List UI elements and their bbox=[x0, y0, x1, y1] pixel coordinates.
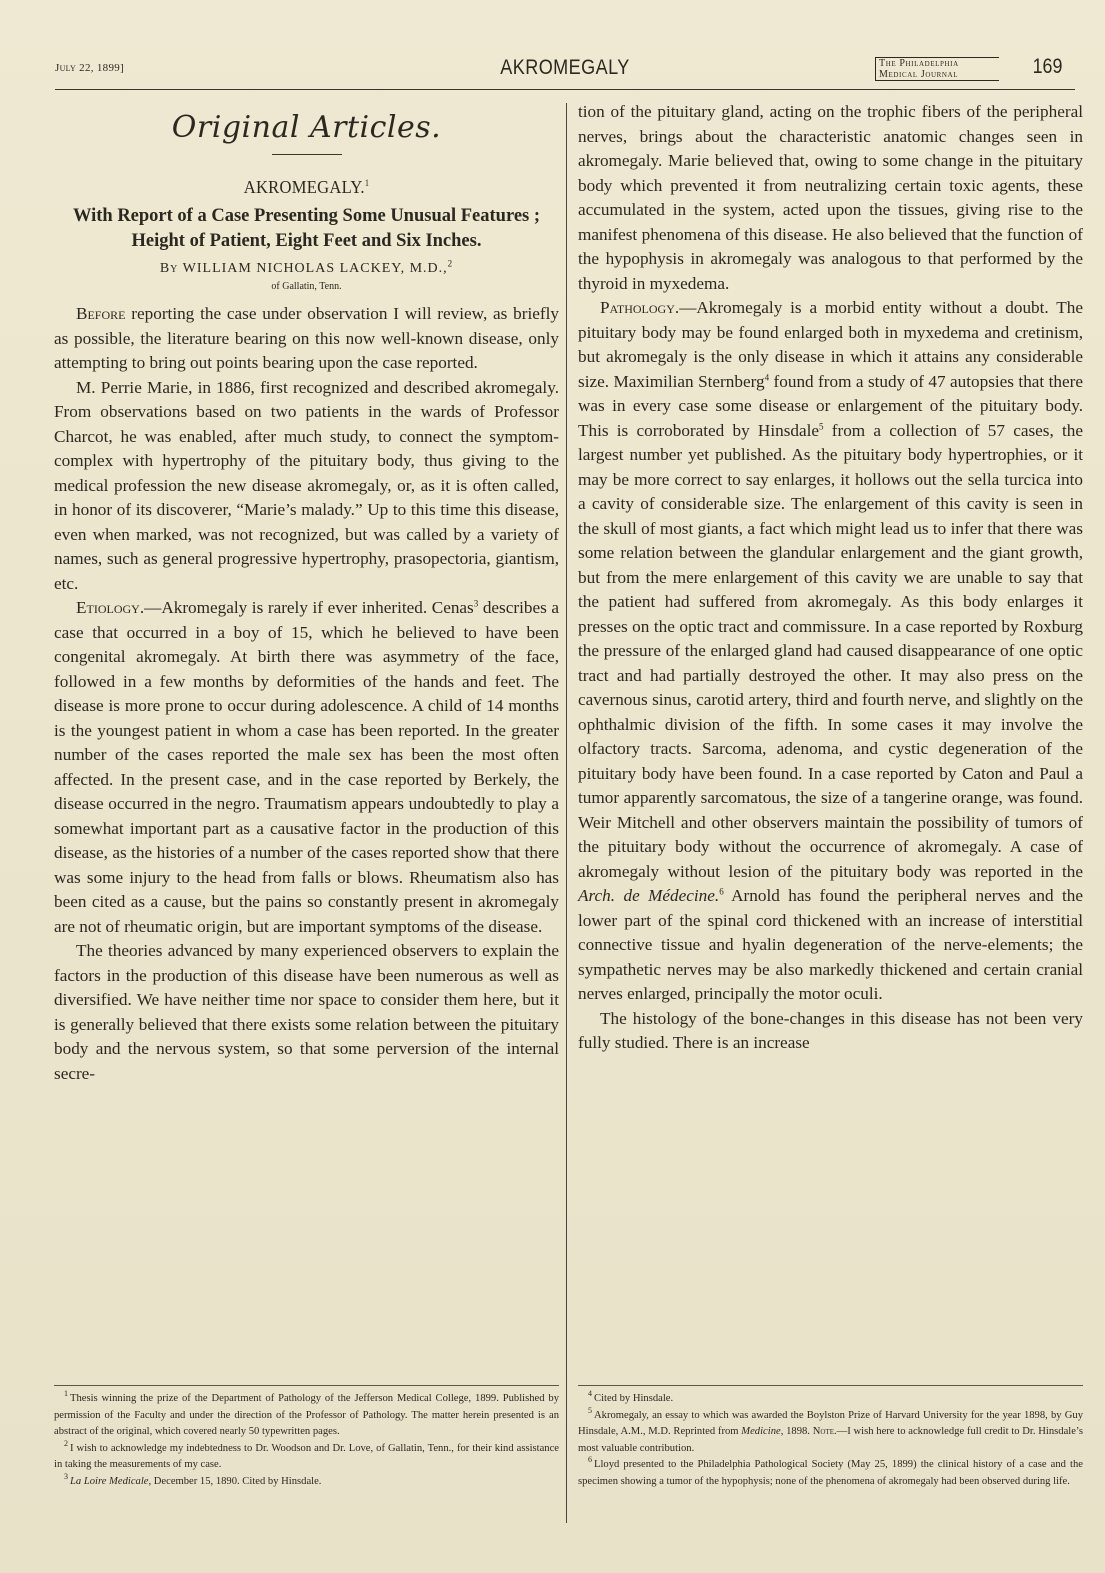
byline: By WILLIAM NICHOLAS LACKEY, M.D.,2 bbox=[54, 261, 559, 277]
running-header: July 22, 1899] AKROMEGALY The Philadelph… bbox=[55, 52, 1075, 86]
right-column: tion of the pituitary gland, acting on t… bbox=[578, 100, 1083, 1056]
footnote-rule bbox=[54, 1385, 559, 1386]
author-name: WILLIAM NICHOLAS LACKEY, M.D., bbox=[183, 261, 448, 276]
article-subtitle: With Report of a Case Presenting Some Un… bbox=[54, 204, 559, 254]
paragraph-marie: M. Perrie Marie, in 1886, first recogniz… bbox=[54, 376, 559, 597]
article-title-text: AKROMEGALY. bbox=[244, 177, 365, 197]
journal-name-line-1: The Philadelphia bbox=[879, 58, 999, 69]
footnotes-left: 1Thesis winning the prize of the Departm… bbox=[54, 1385, 559, 1490]
issue-date: July 22, 1899] bbox=[55, 62, 124, 74]
section-masthead: Original Articles. bbox=[54, 110, 559, 150]
footnote-3: 3La Loire Medicale, December 15, 1890. C… bbox=[54, 1474, 559, 1491]
page-number: 169 bbox=[1033, 55, 1063, 79]
footnotes-right: 4Cited by Hinsdale. 5Akromegaly, an essa… bbox=[578, 1385, 1083, 1490]
paragraph-continuation: tion of the pituitary gland, acting on t… bbox=[578, 100, 1083, 296]
journal-name: The Philadelphia Medical Journal bbox=[875, 57, 999, 81]
paragraph-theories: The theories advanced by many experience… bbox=[54, 939, 559, 1086]
byline-prefix: By bbox=[160, 261, 179, 276]
citation-arch-de-medecine: Arch. de Médecine. bbox=[578, 886, 719, 905]
paragraph-intro: Before reporting the case under observat… bbox=[54, 302, 559, 376]
running-title: AKROMEGALY bbox=[126, 56, 1003, 80]
footnote-4: 4Cited by Hinsdale. bbox=[578, 1391, 1083, 1408]
header-rule bbox=[55, 89, 1075, 90]
author-affiliation: of Gallatin, Tenn. bbox=[54, 281, 559, 292]
article-title: AKROMEGALY.1 bbox=[74, 177, 539, 198]
paragraph-pathology: Pathology.—Akromegaly is a morbid entity… bbox=[578, 296, 1083, 1007]
journal-name-line-2: Medical Journal bbox=[879, 69, 999, 80]
masthead-rule bbox=[272, 154, 342, 155]
lead-word: Before bbox=[76, 304, 125, 323]
footnote-ref-2[interactable]: 2 bbox=[448, 258, 454, 268]
footnote-ref-1[interactable]: 1 bbox=[365, 178, 369, 188]
footnote-1: 1Thesis winning the prize of the Departm… bbox=[54, 1391, 559, 1441]
pathology-heading: Pathology. bbox=[600, 298, 679, 317]
paragraph-etiology: Etiology.—Akromegaly is rarely if ever i… bbox=[54, 596, 559, 939]
footnote-2: 2I wish to acknowledge my indebtedness t… bbox=[54, 1441, 559, 1474]
etiology-heading: Etiology. bbox=[76, 598, 144, 617]
paragraph-histology: The histology of the bone-changes in thi… bbox=[578, 1007, 1083, 1056]
footnote-5: 5Akromegaly, an essay to which was award… bbox=[578, 1408, 1083, 1458]
left-column: Original Articles. AKROMEGALY.1 With Rep… bbox=[54, 100, 559, 1086]
footnote-6: 6Lloyd presented to the Philadelphia Pat… bbox=[578, 1457, 1083, 1490]
footnote-rule bbox=[578, 1385, 1083, 1386]
journal-page: July 22, 1899] AKROMEGALY The Philadelph… bbox=[0, 0, 1105, 1573]
column-divider bbox=[566, 103, 567, 1523]
